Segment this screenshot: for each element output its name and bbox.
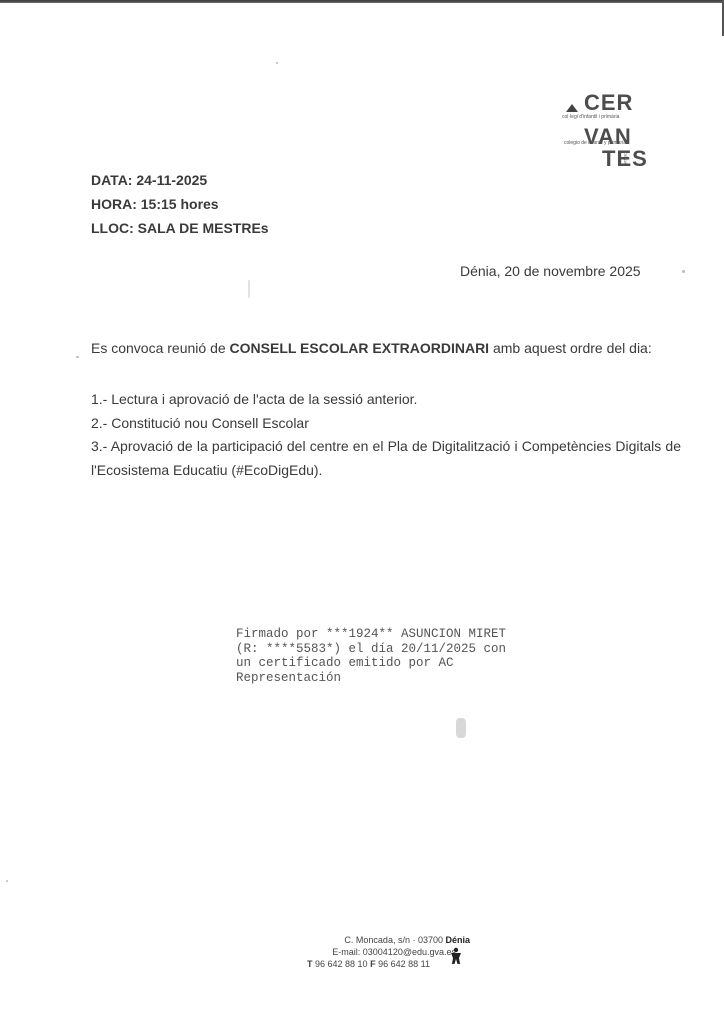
signature-line: (R: ****5583*) el día 20/11/2025 con: [236, 642, 506, 657]
scan-speck: [6, 880, 8, 882]
signature-line: un certificado emitido por AC: [236, 656, 506, 671]
intro-text-before: Es convoca reunió de: [91, 340, 230, 356]
scan-speck: [682, 270, 685, 273]
school-logo: CER col·legi d'infantil i primària VAN c…: [560, 92, 640, 172]
agenda-item: 3.- Aprovació de la participació del cen…: [91, 435, 681, 482]
agenda-item: 1.- Lectura i aprovació de l'acta de la …: [91, 388, 681, 412]
fax-number: 96 642 88 11: [376, 959, 430, 969]
footer-email: E-mail: 03004120@edu.gva.es: [300, 946, 470, 958]
intro-text-after: amb aquest ordre del dia:: [489, 340, 652, 356]
convocation-intro: Es convoca reunió de CONSELL ESCOLAR EXT…: [91, 340, 652, 356]
meeting-date: DATA: 24-11-2025: [91, 172, 269, 196]
agenda-list: 1.- Lectura i aprovació de l'acta de la …: [91, 388, 681, 482]
document-place-date: Dénia, 20 de novembre 2025: [460, 263, 641, 279]
signature-line: Firmado por ***1924** ASUNCION MIRET: [236, 627, 506, 642]
scan-smudge: [456, 718, 466, 738]
agenda-item: 2.- Constitució nou Consell Escolar: [91, 412, 681, 436]
footer-address: C. Moncada, s/n · 03700 Dénia: [300, 934, 470, 946]
phone-number: 96 642 88 10: [313, 959, 371, 969]
scan-edge-top: [0, 0, 724, 3]
digital-signature: Firmado por ***1924** ASUNCION MIRET(R: …: [236, 627, 506, 685]
address-city: Dénia: [445, 935, 470, 945]
school-contact-footer: C. Moncada, s/n · 03700 Dénia E-mail: 03…: [300, 934, 470, 970]
footer-phones: T 96 642 88 10 F 96 642 88 11: [300, 958, 470, 970]
scan-speck: [248, 280, 250, 298]
scan-speck: [76, 356, 79, 358]
town-figure-icon: [450, 947, 462, 965]
meeting-place: LLOC: SALA DE MESTREs: [91, 220, 269, 244]
logo-city: DÉNIA: [623, 152, 628, 164]
meeting-time: HORA: 15:15 hores: [91, 196, 269, 220]
scan-speck: [276, 62, 278, 64]
meeting-info: DATA: 24-11-2025 HORA: 15:15 hores LLOC:…: [91, 172, 269, 244]
signature-line: Representación: [236, 671, 506, 686]
logo-subtitle-valencian: col·legi d'infantil i primària: [562, 114, 619, 120]
mountain-icon: [566, 104, 578, 112]
intro-emphasis: CONSELL ESCOLAR EXTRAORDINARI: [230, 340, 490, 356]
address-text: C. Moncada, s/n · 03700: [344, 935, 445, 945]
logo-line-1: CER: [584, 92, 633, 114]
